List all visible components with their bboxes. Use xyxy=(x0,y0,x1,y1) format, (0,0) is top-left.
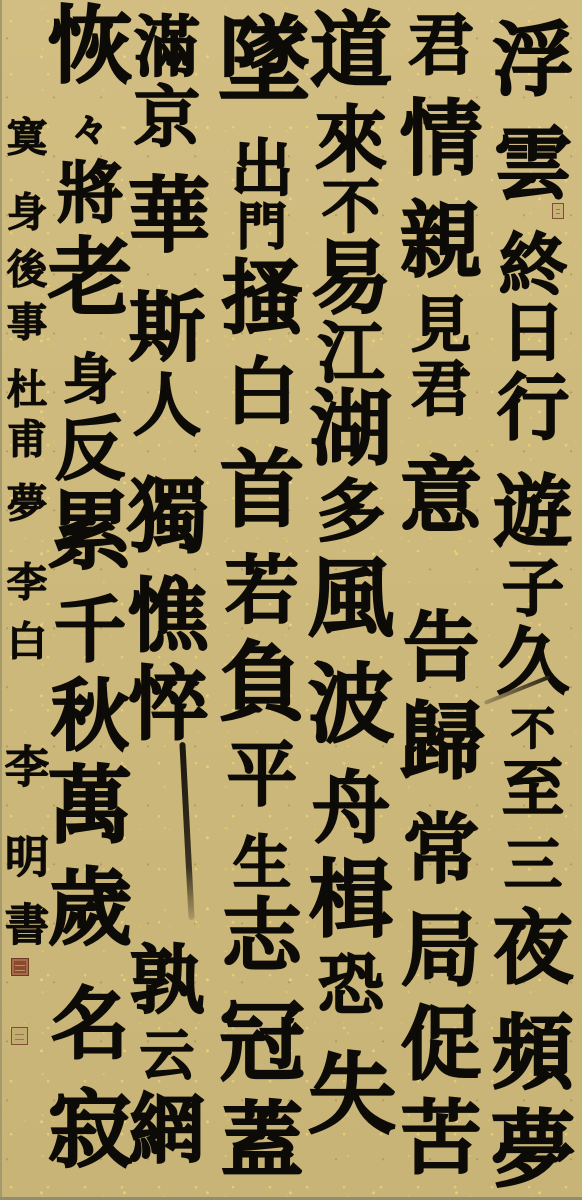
poem-char: 道 xyxy=(308,10,394,92)
poem-char: 冠 xyxy=(218,1000,306,1086)
poem-char: 歸 xyxy=(400,700,482,784)
poem-char: 若 xyxy=(218,554,306,628)
poem-char: 搔 xyxy=(218,258,306,338)
poem-char: 失 xyxy=(308,1050,394,1138)
poem-char: 楫 xyxy=(308,858,394,942)
poem-char: 久 xyxy=(490,626,576,698)
poem-char: 負 xyxy=(218,640,306,726)
poem-char: 獨 xyxy=(128,476,206,556)
poem-char: 常 xyxy=(400,812,482,888)
seal-glyph-line xyxy=(15,965,25,966)
poem-char: 頻 xyxy=(490,1012,576,1094)
poem-char: 親 xyxy=(400,200,482,282)
poem-char: 局 xyxy=(400,910,482,990)
poem-char: 憔 xyxy=(128,576,206,656)
poem-column-3: 道 來 不 易 江 湖 多 風 波 舟 楫 恐 失 xyxy=(308,0,394,1200)
poem-char: 見 xyxy=(400,296,482,356)
seal-glyph-line xyxy=(15,970,25,971)
poem-char: 事 xyxy=(4,303,50,343)
poem-char: 生 xyxy=(218,834,306,892)
poem-char: 不 xyxy=(490,708,576,752)
poem-char: 意 xyxy=(400,455,482,537)
seal-glyph-line xyxy=(556,209,560,210)
poem-char: 歲 xyxy=(48,866,132,950)
poem-char: 斯 xyxy=(128,290,206,366)
seal-name xyxy=(11,958,29,976)
calligraphy-scroll: 浮 雲 終 日 行 遊 子 久 不 至 三 夜 頻 夢 君 情 親 見 君 意 … xyxy=(0,0,582,1200)
seal-glyph-line xyxy=(15,1039,24,1040)
attribution-char: 李 xyxy=(4,563,50,603)
poem-column-5: 滿 京 華 斯 人 獨 憔 悴 孰 云 網 xyxy=(128,0,206,1200)
poem-char: 首 xyxy=(218,448,306,532)
poem-char: 易 xyxy=(308,238,394,318)
poem-char: 累 xyxy=(48,490,132,574)
repeat-mark: 々 xyxy=(48,112,132,148)
poem-char: 終 xyxy=(490,232,576,300)
poem-char: 恢 xyxy=(48,4,132,88)
poem-char: 網 xyxy=(128,1092,206,1168)
poem-char: 來 xyxy=(308,104,394,176)
poem-column-2: 君 情 親 見 君 意 告 歸 常 局 促 苦 xyxy=(400,0,482,1200)
poem-char: 不 xyxy=(308,178,394,236)
poem-char: 舟 xyxy=(308,770,394,848)
poem-char: 將 xyxy=(48,160,132,226)
poem-char: 浮 xyxy=(490,20,576,100)
poem-char: 蓋 xyxy=(218,1100,306,1182)
poem-char: 恐 xyxy=(308,952,394,1018)
poem-char: 子 xyxy=(490,558,576,620)
seal-lower-left xyxy=(11,1027,28,1045)
poem-char: 門 xyxy=(218,202,306,252)
seal-upper-right xyxy=(552,203,564,219)
poem-char: 秋 xyxy=(48,678,132,756)
signature-char: 書 xyxy=(4,904,50,948)
mount-edge-left xyxy=(0,0,2,1200)
poem-char: 志 xyxy=(218,896,306,976)
poem-char: 寞 xyxy=(4,118,50,158)
attribution-char: 夢 xyxy=(4,484,50,524)
poem-char: 多 xyxy=(308,478,394,546)
poem-char: 夜 xyxy=(490,908,576,988)
attribution-char: 杜 xyxy=(4,370,50,410)
poem-char: 行 xyxy=(490,372,576,444)
poem-column-4: 墜 出 門 搔 白 首 若 負 平 生 志 冠 蓋 xyxy=(218,0,306,1200)
poem-char: 湖 xyxy=(308,388,394,470)
poem-char: 日 xyxy=(490,302,576,366)
poem-char: 情 xyxy=(400,98,482,180)
attribution-char: 甫 xyxy=(4,420,50,460)
poem-char: 江 xyxy=(308,320,394,386)
signature-char: 李 xyxy=(4,746,50,790)
poem-char: 滿 xyxy=(128,14,206,80)
poem-char: 華 xyxy=(128,175,206,257)
poem-char: 云 xyxy=(128,1028,206,1082)
poem-char: 平 xyxy=(218,740,306,810)
poem-char: 身 xyxy=(4,193,50,233)
poem-char: 千 xyxy=(48,594,132,666)
poem-char: 反 xyxy=(48,414,132,484)
poem-column-6: 恢 々 將 老 身 反 累 千 秋 萬 歲 名 寂 xyxy=(48,0,132,1200)
poem-column-7: 寞 身 後 事 杜 甫 夢 李 白 李 明 書 xyxy=(4,0,50,1200)
poem-char: 君 xyxy=(400,12,482,78)
signature-char: 明 xyxy=(4,836,50,880)
poem-char: 告 xyxy=(400,610,482,686)
poem-char: 出 xyxy=(218,138,306,200)
poem-char: 名 xyxy=(48,986,132,1064)
poem-char: 苦 xyxy=(400,1098,482,1178)
poem-char: 老 xyxy=(48,236,132,320)
poem-char: 人 xyxy=(128,372,206,440)
poem-char: 促 xyxy=(400,1004,482,1084)
poem-char: 身 xyxy=(48,352,132,406)
poem-char: 萬 xyxy=(48,764,132,848)
poem-char: 墜 xyxy=(218,14,306,106)
poem-char: 寂 xyxy=(48,1088,132,1172)
poem-char: 遊 xyxy=(490,474,576,552)
poem-char: 悴 xyxy=(128,664,206,744)
attribution-char: 白 xyxy=(4,622,50,662)
poem-char: 後 xyxy=(4,250,50,290)
poem-char: 白 xyxy=(218,356,306,428)
seal-glyph-line xyxy=(556,213,560,214)
poem-char: 夢 xyxy=(490,1108,576,1192)
poem-char: 孰 xyxy=(128,944,206,1018)
poem-char: 君 xyxy=(400,360,482,420)
poem-char: 風 xyxy=(308,556,394,642)
poem-char: 雲 xyxy=(490,126,576,204)
poem-char: 波 xyxy=(308,662,394,748)
seal-glyph-line xyxy=(15,1034,24,1035)
poem-char: 至 xyxy=(490,758,576,820)
poem-column-1: 浮 雲 終 日 行 遊 子 久 不 至 三 夜 頻 夢 xyxy=(490,0,576,1200)
poem-char: 三 xyxy=(490,836,576,894)
poem-char: 京 xyxy=(128,84,206,150)
